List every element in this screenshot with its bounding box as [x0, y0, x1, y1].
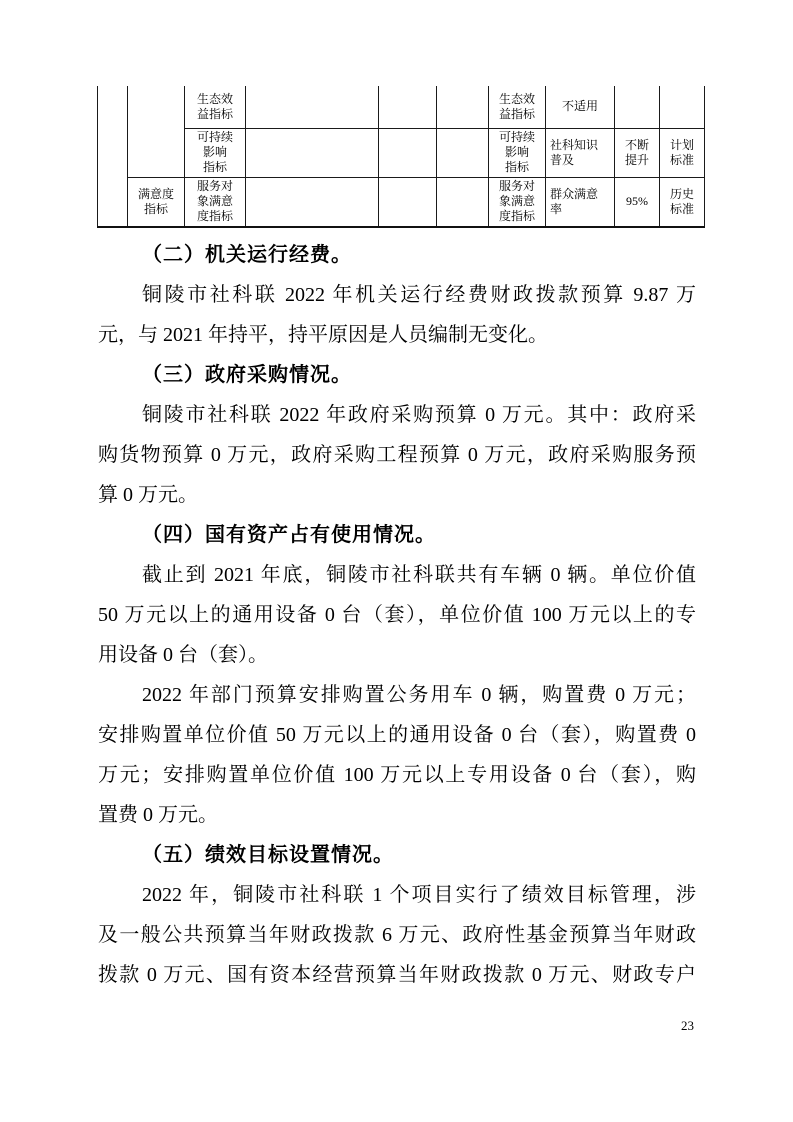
- table-cell-indicator-type: 服务对 象满意 度指标: [185, 177, 246, 227]
- paragraph-line: 算 0 万元。: [98, 475, 696, 515]
- paragraph-line: 2022 年，铜陵市社科联 1 个项目实行了绩效目标管理，涉: [98, 875, 696, 915]
- paragraph-line: 2022 年部门预算安排购置公务用车 0 辆，购置费 0 万元；: [98, 675, 696, 715]
- section-heading: （二）机关运行经费。: [98, 235, 696, 275]
- table-cell-indicator-type: 服务对 象满意 度指标: [489, 177, 546, 227]
- table-cell-empty: [379, 177, 437, 227]
- paragraph-line: 及一般公共预算当年财政拨款 6 万元、政府性基金预算当年财政: [98, 915, 696, 955]
- table-cell-standard: 计划 标准: [660, 128, 705, 177]
- section-heading: （五）绩效目标设置情况。: [98, 835, 696, 875]
- table-cell-group-left: [98, 86, 128, 227]
- table-cell-indicator-name: 不适用: [546, 86, 615, 128]
- table-cell-indicator-value: 不断 提升: [615, 128, 660, 177]
- table-cell-group-b: [128, 86, 185, 177]
- table-cell-standard: 历史 标准: [660, 177, 705, 227]
- table-cell-empty: [246, 86, 379, 128]
- paragraph-line: 截止到 2021 年底，铜陵市社科联共有车辆 0 辆。单位价值: [98, 555, 696, 595]
- document-page: 生态效 益指标 生态效 益指标 不适用 可持续 影响 指标 可持续 影响 指标 …: [0, 0, 793, 1122]
- table-cell-indicator-value: [615, 86, 660, 128]
- table-cell-empty: [437, 177, 489, 227]
- paragraph-line: 安排购置单位价值 50 万元以上的通用设备 0 台（套），购置费 0: [98, 715, 696, 755]
- performance-indicators-table: 生态效 益指标 生态效 益指标 不适用 可持续 影响 指标 可持续 影响 指标 …: [97, 86, 705, 228]
- paragraph-line: 购货物预算 0 万元，政府采购工程预算 0 万元，政府采购服务预: [98, 435, 696, 475]
- table-cell-indicator-name: 社科知识 普及: [546, 128, 615, 177]
- section-heading: （四）国有资产占有使用情况。: [98, 515, 696, 555]
- table-cell-group-satisfaction: 满意度 指标: [128, 177, 185, 227]
- table-cell-empty: [246, 128, 379, 177]
- page-number: 23: [681, 1018, 694, 1034]
- table-cell-indicator-value: 95%: [615, 177, 660, 227]
- table-cell-indicator-name: 群众满意 率: [546, 177, 615, 227]
- paragraph-line: 50 万元以上的通用设备 0 台（套），单位价值 100 万元以上的专: [98, 595, 696, 635]
- table-cell-empty: [437, 128, 489, 177]
- table-cell-indicator-type: 可持续 影响 指标: [489, 128, 546, 177]
- table-cell-standard: [660, 86, 705, 128]
- paragraph-line: 置费 0 万元。: [98, 795, 696, 835]
- table-cell-empty: [379, 128, 437, 177]
- table-cell-empty: [379, 86, 437, 128]
- table-cell-indicator-type: 生态效 益指标: [489, 86, 546, 128]
- document-body: （二）机关运行经费。 铜陵市社科联 2022 年机关运行经费财政拨款预算 9.8…: [98, 235, 696, 995]
- paragraph-line: 万元；安排购置单位价值 100 万元以上专用设备 0 台（套），购: [98, 755, 696, 795]
- section-heading: （三）政府采购情况。: [98, 355, 696, 395]
- table-cell-indicator-type: 可持续 影响 指标: [185, 128, 246, 177]
- paragraph-line: 用设备 0 台（套）。: [98, 635, 696, 675]
- table-cell-empty: [437, 86, 489, 128]
- paragraph-line: 铜陵市社科联 2022 年政府采购预算 0 万元。其中：政府采: [98, 395, 696, 435]
- paragraph-line: 铜陵市社科联 2022 年机关运行经费财政拨款预算 9.87 万: [98, 275, 696, 315]
- paragraph-line: 元，与 2021 年持平，持平原因是人员编制无变化。: [98, 315, 696, 355]
- table-cell-empty: [246, 177, 379, 227]
- table-cell-indicator-type: 生态效 益指标: [185, 86, 246, 128]
- paragraph-line: 拨款 0 万元、国有资本经营预算当年财政拨款 0 万元、财政专户: [98, 955, 696, 995]
